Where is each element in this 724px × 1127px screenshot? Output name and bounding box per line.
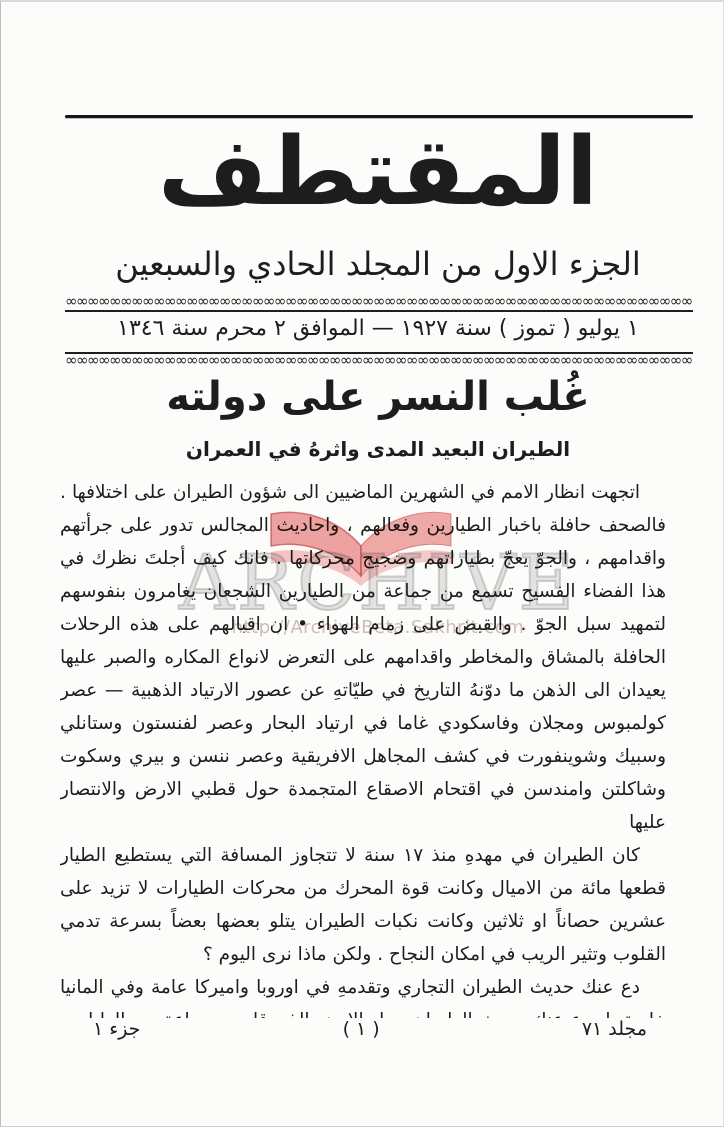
- chain-ornament-bottom: ∞∞∞∞∞∞∞∞∞∞∞∞∞∞∞∞∞∞∞∞∞∞∞∞∞∞∞∞∞∞∞∞∞∞∞∞∞∞∞∞…: [65, 352, 693, 368]
- masthead-title: المقتطف: [63, 112, 693, 234]
- chain-ornament-top: ∞∞∞∞∞∞∞∞∞∞∞∞∞∞∞∞∞∞∞∞∞∞∞∞∞∞∞∞∞∞∞∞∞∞∞∞∞∞∞∞…: [65, 296, 693, 312]
- body-paragraph: اتجهت انظار الامم في الشهرين الماضيين ال…: [60, 476, 666, 839]
- article-subtitle: الطيران البعيد المدى واثرهُ في العمران: [63, 435, 693, 463]
- scanned-journal-page: المقتطف الجزء الاول من المجلد الحادي وال…: [0, 0, 724, 1127]
- issue-date-line: ١ يوليو ( تموز ) سنة ١٩٢٧ — الموافق ٢ مح…: [63, 312, 693, 345]
- footer-volume: مجلد ٧١: [582, 1018, 647, 1040]
- footer-part: جزء ١: [93, 1018, 140, 1040]
- body-paragraph: دع عنك حديث الطيران التجاري وتقدمهِ في ا…: [60, 971, 666, 1018]
- article-body: اتجهت انظار الامم في الشهرين الماضيين ال…: [60, 476, 666, 1018]
- body-paragraph: كان الطيران في مهدهِ منذ ١٧ سنة لا تتجاو…: [60, 839, 666, 971]
- article-title: غُلب النسر على دولته: [63, 370, 693, 424]
- page-footer: مجلد ٧١ ( ١ ) جزء ١: [63, 1018, 693, 1040]
- page-number: ( ١ ): [343, 1018, 380, 1040]
- masthead-subtitle: الجزء الاول من المجلد الحادي والسبعين: [63, 245, 693, 283]
